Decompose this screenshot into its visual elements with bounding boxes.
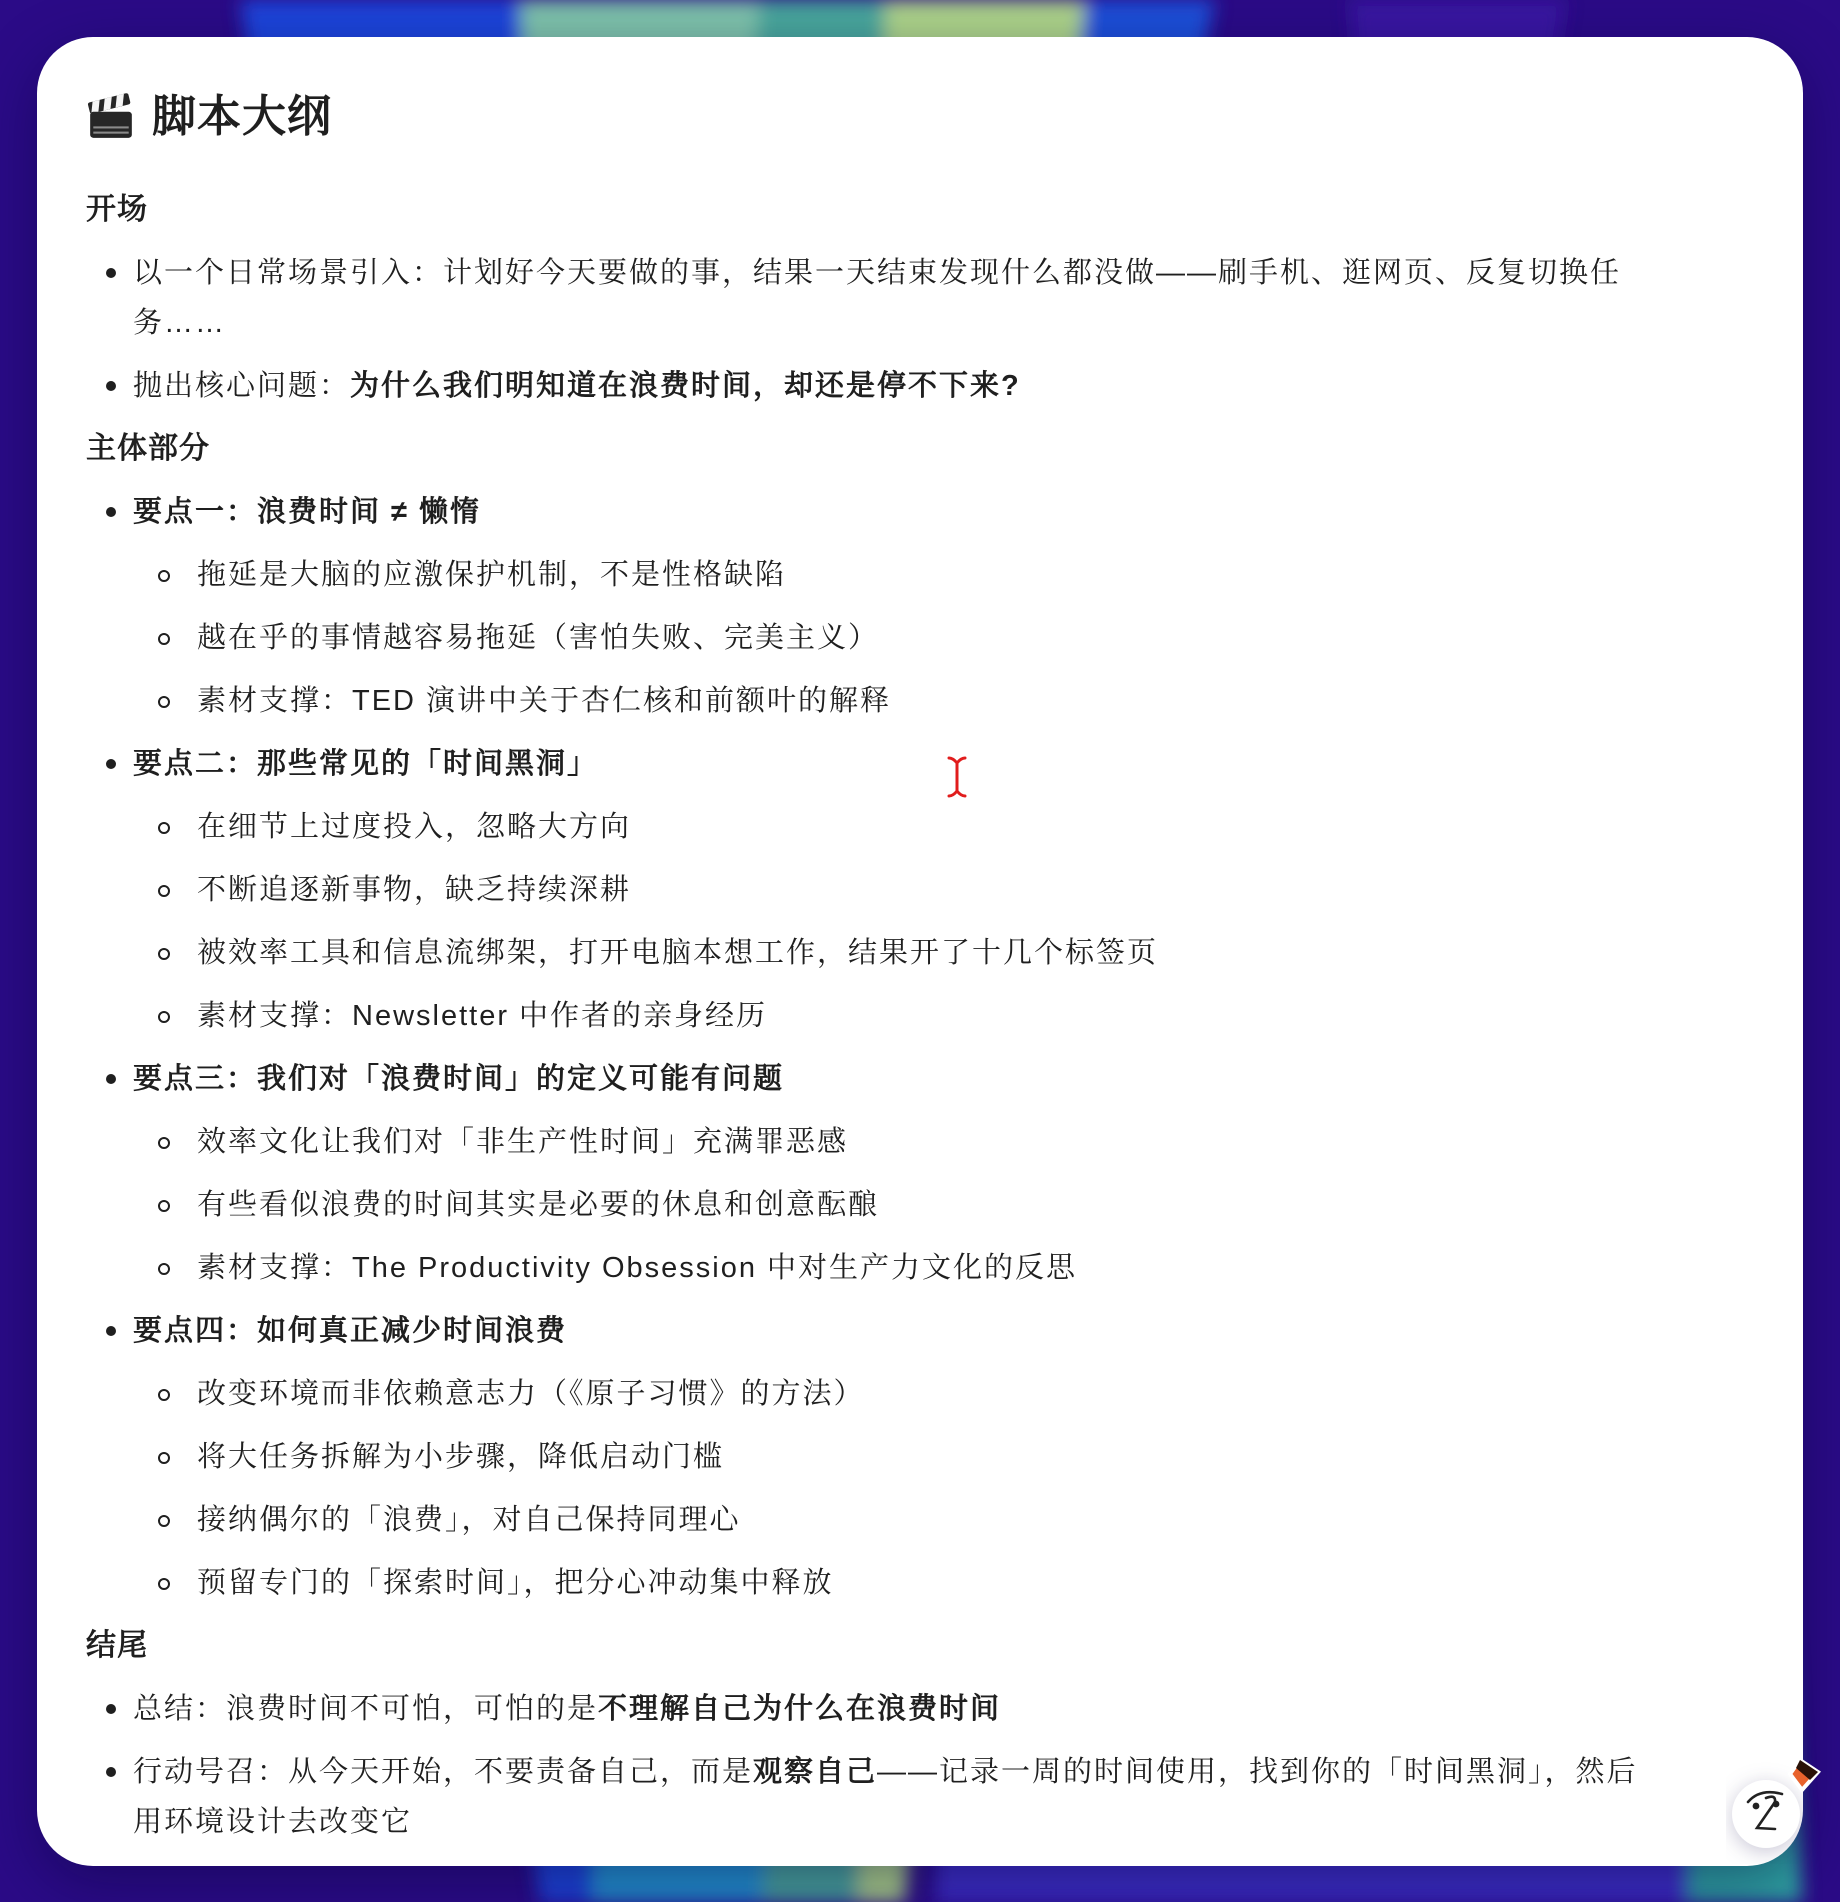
outline-subitem: 有些看似浪费的时间其实是必要的休息和创意酝酿 [86,1180,1765,1230]
bullet-marker [86,1495,197,1545]
bullet-marker [86,1432,197,1482]
outline-item-text: 被效率工具和信息流绑架，打开电脑本想工作，结果开了十几个标签页 [197,928,1158,978]
bullet-marker [86,248,133,348]
bullet-marker [86,1243,197,1293]
document-page: 脚本大纲 开场以一个日常场景引入：计划好今天要做的事，结果一天结束发现什么都没做… [37,37,1803,1866]
outline-subitem: 效率文化让我们对「非生产性时间」充满罪恶感 [86,1117,1765,1167]
outline-subitem: 越在乎的事情越容易拖延（害怕失败、完美主义） [86,613,1765,663]
outline-item-text: 有些看似浪费的时间其实是必要的休息和创意酝酿 [197,1180,879,1230]
outline-item: 要点二：那些常见的「时间黑洞」 [86,739,1765,789]
outline-item-text: 预留专门的「探索时间」，把分心冲动集中释放 [197,1558,834,1608]
outline-subitem: 素材支撑：The Productivity Obsession 中对生产力文化的… [86,1243,1765,1293]
page-title: 脚本大纲 [86,89,1765,145]
bullet-marker [86,865,197,915]
clapperboard-icon [86,92,136,142]
outline-subitem: 预留专门的「探索时间」，把分心冲动集中释放 [86,1558,1765,1608]
outline-item-text: 将大任务拆解为小步骤，降低启动门槛 [197,1432,724,1482]
pen-nib-icon [1790,1760,1818,1790]
outline-item-text: 不断追逐新事物，缺乏持续深耕 [197,865,631,915]
bullet-marker [86,1747,133,1847]
bullet-marker [86,550,197,600]
bullet-marker [86,739,133,789]
outline-item-text: 素材支撑：Newsletter 中作者的亲身经历 [197,991,767,1041]
bullet-marker [86,487,133,537]
outline-item: 要点四：如何真正减少时间浪费 [86,1306,1765,1356]
outline-item-text: 在细节上过度投入，忽略大方向 [197,802,631,852]
outline-item: 要点一：浪费时间 ≠ 懒惰 [86,487,1765,537]
outline-subitem: 接纳偶尔的「浪费」，对自己保持同理心 [86,1495,1765,1545]
outline-item-text: 以一个日常场景引入：计划好今天要做的事，结果一天结束发现什么都没做——刷手机、逛… [133,248,1648,348]
page-title-text: 脚本大纲 [152,89,332,145]
bullet-marker [86,1306,133,1356]
outline-item-text: 要点一：浪费时间 ≠ 懒惰 [133,487,481,537]
outline-subitem: 在细节上过度投入，忽略大方向 [86,802,1765,852]
outline-item-text: 要点三：我们对「浪费时间」的定义可能有问题 [133,1054,784,1104]
outline-item: 要点三：我们对「浪费时间」的定义可能有问题 [86,1054,1765,1104]
outline-heading: 开场 [86,185,1765,235]
outline-subitem: 被效率工具和信息流绑架，打开电脑本想工作，结果开了十几个标签页 [86,928,1765,978]
outline-heading: 主体部分 [86,424,1765,474]
outline-item: 以一个日常场景引入：计划好今天要做的事，结果一天结束发现什么都没做——刷手机、逛… [86,248,1765,348]
outline-item-text: 素材支撑：The Productivity Obsession 中对生产力文化的… [197,1243,1077,1293]
bullet-marker [86,676,197,726]
bullet-marker [86,361,133,411]
bullet-marker [86,991,197,1041]
document-body[interactable]: 脚本大纲 开场以一个日常场景引入：计划好今天要做的事，结果一天结束发现什么都没做… [86,89,1765,1836]
outline: 开场以一个日常场景引入：计划好今天要做的事，结果一天结束发现什么都没做——刷手机… [86,185,1765,1847]
outline-item-text: 行动号召：从今天开始，不要责备自己，而是观察自己——记录一周的时间使用，找到你的… [133,1747,1648,1847]
outline-subitem: 改变环境而非依赖意志力（《原子习惯》的方法） [86,1369,1765,1419]
outline-subitem: 素材支撑：Newsletter 中作者的亲身经历 [86,991,1765,1041]
outline-subitem: 拖延是大脑的应激保护机制，不是性格缺陷 [86,550,1765,600]
bullet-marker [86,1558,197,1608]
outline-item-text: 抛出核心问题：为什么我们明知道在浪费时间，却还是停不下来? [133,361,1021,411]
outline-item: 总结：浪费时间不可怕，可怕的是不理解自己为什么在浪费时间 [86,1684,1765,1734]
outline-item-text: 总结：浪费时间不可怕，可怕的是不理解自己为什么在浪费时间 [133,1684,1001,1734]
outline-subitem: 不断追逐新事物，缺乏持续深耕 [86,865,1765,915]
outline-item-text: 改变环境而非依赖意志力（《原子习惯》的方法） [197,1369,865,1419]
bullet-marker [86,1369,197,1419]
bullet-marker [86,1180,197,1230]
outline-item: 行动号召：从今天开始，不要责备自己，而是观察自己——记录一周的时间使用，找到你的… [86,1747,1765,1847]
bullet-marker [86,928,197,978]
outline-item-text: 效率文化让我们对「非生产性时间」充满罪恶感 [197,1117,848,1167]
outline-item: 抛出核心问题：为什么我们明知道在浪费时间，却还是停不下来? [86,361,1765,411]
bullet-marker [86,613,197,663]
bullet-marker [86,1684,133,1734]
assistant-button[interactable] [1726,1742,1826,1864]
text-cursor-icon [944,754,970,800]
outline-item-text: 拖延是大脑的应激保护机制，不是性格缺陷 [197,550,786,600]
outline-subitem: 素材支撑：TED 演讲中关于杏仁核和前额叶的解释 [86,676,1765,726]
outline-item-text: 越在乎的事情越容易拖延（害怕失败、完美主义） [197,613,879,663]
outline-item-text: 接纳偶尔的「浪费」，对自己保持同理心 [197,1495,741,1545]
outline-item-text: 要点二：那些常见的「时间黑洞」 [133,739,598,789]
outline-item-text: 要点四：如何真正减少时间浪费 [133,1306,567,1356]
bullet-marker [86,802,197,852]
outline-heading: 结尾 [86,1621,1765,1671]
bullet-marker [86,1054,133,1104]
outline-subitem: 将大任务拆解为小步骤，降低启动门槛 [86,1432,1765,1482]
outline-item-text: 素材支撑：TED 演讲中关于杏仁核和前额叶的解释 [197,676,891,726]
bullet-marker [86,1117,197,1167]
